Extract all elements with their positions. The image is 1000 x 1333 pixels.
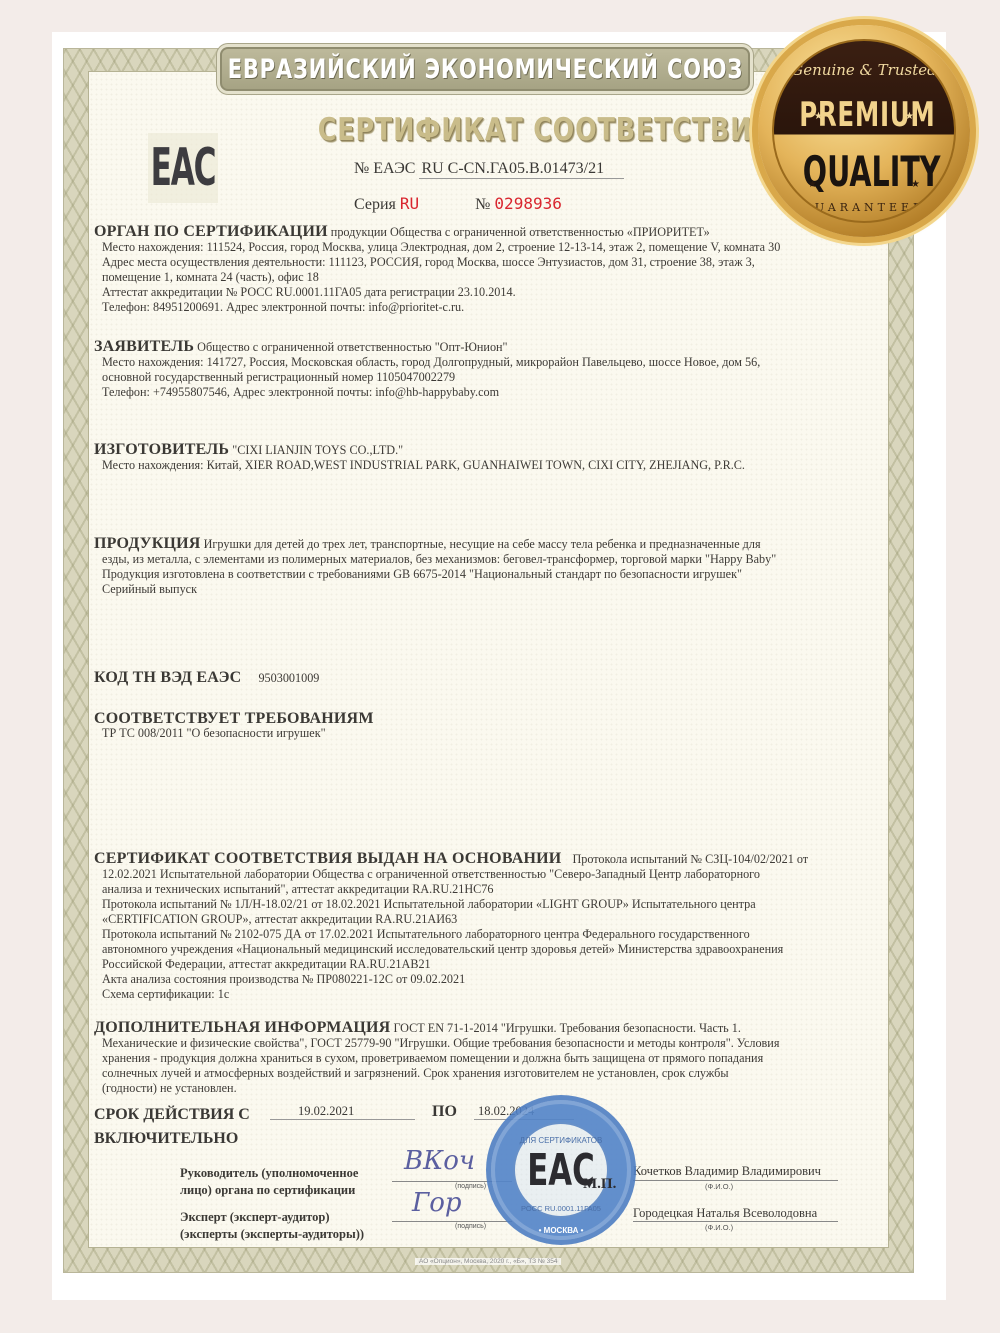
form-number-label: №	[475, 196, 490, 213]
certificate-number-value: RU C-CN.ГА05.В.01473/21	[419, 160, 624, 179]
text-line: Место нахождения: Китай, XIER ROAD,WEST …	[94, 458, 870, 473]
text-line: хранения - продукция должна храниться в …	[94, 1051, 880, 1066]
text-line: Протокола испытаний № 1Л/Н-18.02/21 от 1…	[94, 897, 880, 912]
text-line: Продукция изготовлена в соответствии с т…	[94, 567, 870, 582]
section-certification-body: ОРГАН ПО СЕРТИФИКАЦИИ продукции Общества…	[94, 224, 890, 315]
section-heading: ДОПОЛНИТЕЛЬНАЯ ИНФОРМАЦИЯ	[94, 1019, 390, 1036]
head-signature: ВКоч	[404, 1146, 475, 1176]
section-applicant: ЗАЯВИТЕЛЬ Общество с ограниченной ответс…	[94, 339, 870, 400]
text-line: Акта анализа состояния производства № ПР…	[94, 972, 880, 987]
expert-name-line	[633, 1221, 838, 1222]
certification-stamp: ДЛЯ СЕРТИФИКАТОВ ЕАС М.П. РОСС RU.0001.1…	[486, 1095, 636, 1245]
validity-label: СРОК ДЕЙСТВИЯ С ВКЛЮЧИТЕЛЬНО	[94, 1103, 250, 1151]
valid-to-label: ПО	[432, 1103, 457, 1121]
printer-footnote: АО «Опцион», Москва, 2020 г., «Б», ТЗ № …	[415, 1258, 561, 1265]
head-signatory-label: Руководитель (уполномоченное лицо) орган…	[180, 1165, 358, 1199]
text-line: автономного учреждения «Национальный мед…	[94, 942, 880, 957]
expert-signatory-name: Городецкая Наталья Всеволодовна	[633, 1206, 817, 1221]
certificate-series: Серия RU № 0298936	[354, 194, 562, 214]
section-additional-info: ДОПОЛНИТЕЛЬНАЯ ИНФОРМАЦИЯ ГОСТ EN 71-1-2…	[94, 1020, 880, 1096]
expert-fio-hint: (Ф.И.О.)	[705, 1223, 733, 1232]
certificate-number-label: № ЕАЭС	[354, 160, 415, 177]
text-line: основной государственный регистрационный…	[94, 370, 870, 385]
section-heading: ПРОДУКЦИЯ	[94, 535, 201, 552]
expert-signature-line	[392, 1221, 512, 1222]
star-icon: ★	[808, 179, 817, 190]
text-line: солнечных лучей и атмосферных воздействи…	[94, 1066, 880, 1081]
section-heading: СЕРТИФИКАТ СООТВЕТСТВИЯ ВЫДАН НА ОСНОВАН…	[94, 850, 561, 867]
text-line: анализа и технических испытаний", аттест…	[94, 882, 880, 897]
section-issued-basis: СЕРТИФИКАТ СООТВЕТСТВИЯ ВЫДАН НА ОСНОВАН…	[94, 851, 880, 1002]
text-line: Механические и физические свойства", ГОС…	[94, 1036, 880, 1051]
text-line: Серийный выпуск	[94, 582, 870, 597]
text-line: Место нахождения: 111524, Россия, город …	[94, 240, 890, 255]
star-icon: ★	[911, 179, 920, 190]
head-signatory-name: Кочетков Владимир Владимирович	[633, 1164, 821, 1179]
text-line: Протокола испытаний № 2102-075 ДА от 17.…	[94, 927, 880, 942]
text-line: Телефон: 84951200691. Адрес электронной …	[94, 300, 890, 315]
union-banner: ЕВРАЗИЙСКИЙ ЭКОНОМИЧЕСКИЙ СОЮЗ	[220, 47, 750, 91]
section-hs-code: КОД ТН ВЭД ЕАЭС 9503001009	[94, 670, 870, 686]
form-number-value: 0298936	[494, 194, 561, 213]
head-fio-hint: (Ф.И.О.)	[705, 1182, 733, 1191]
expert-signature: Гор	[412, 1188, 462, 1218]
text-line: помещение 1, комната 24 (часть), офис 18	[94, 270, 890, 285]
section-heading: ИЗГОТОВИТЕЛЬ	[94, 441, 229, 458]
certificate-title: СЕРТИФИКАТ СООТВЕТСТВИЯ	[318, 112, 662, 148]
text-line: (годности) не установлен.	[94, 1081, 880, 1096]
eac-logo-icon: ЕАС	[148, 133, 218, 203]
text-line: Место нахождения: 141727, Россия, Москов…	[94, 355, 870, 370]
expert-signatory-label: Эксперт (эксперт-аудитор) (эксперты (экс…	[180, 1209, 364, 1243]
expert-signature-hint: (подпись)	[455, 1223, 486, 1230]
valid-from-date: 19.02.2021	[270, 1104, 415, 1120]
text-line: езды, из металла, с элементами из полиме…	[94, 552, 870, 567]
section-heading: КОД ТН ВЭД ЕАЭС	[94, 669, 241, 686]
section-heading: СООТВЕТСТВУЕТ ТРЕБОВАНИЯМ	[94, 711, 870, 726]
section-heading: ОРГАН ПО СЕРТИФИКАЦИИ	[94, 223, 328, 240]
section-heading: ЗАЯВИТЕЛЬ	[94, 338, 194, 355]
text-line: Адрес места осуществления деятельности: …	[94, 255, 890, 270]
hs-code-value: 9503001009	[258, 671, 319, 685]
head-name-line	[633, 1180, 838, 1181]
text-line: Телефон: +74955807546, Адрес электронной…	[94, 385, 870, 400]
section-manufacturer: ИЗГОТОВИТЕЛЬ "CIXI LIANJIN TOYS CO.,LTD.…	[94, 442, 870, 473]
text-line: ТР ТС 008/2011 "О безопасности игрушек"	[94, 726, 870, 741]
series-value: RU	[400, 194, 419, 213]
section-requirements: СООТВЕТСТВУЕТ ТРЕБОВАНИЯМ ТР ТС 008/2011…	[94, 711, 870, 741]
text-line: 12.02.2021 Испытательной лаборатории Общ…	[94, 867, 880, 882]
section-product: ПРОДУКЦИЯ Игрушки для детей до трех лет,…	[94, 536, 870, 597]
text-line: Аттестат аккредитации № РОСС RU.0001.11Г…	[94, 285, 890, 300]
premium-quality-badge: Genuine & Trusted ★ ★ PREMIUM QUALITY ★ …	[758, 25, 970, 237]
text-line: Российской Федерации, аттестат аккредита…	[94, 957, 880, 972]
text-line: Схема сертификации: 1с	[94, 987, 880, 1002]
certificate-number: № ЕАЭС RU C-CN.ГА05.В.01473/21	[354, 160, 624, 179]
union-title: ЕВРАЗИЙСКИЙ ЭКОНОМИЧЕСКИЙ СОЮЗ	[227, 54, 742, 85]
series-label: Серия	[354, 196, 396, 213]
text-line: «CERTIFICATION GROUP», аттестат аккредит…	[94, 912, 880, 927]
